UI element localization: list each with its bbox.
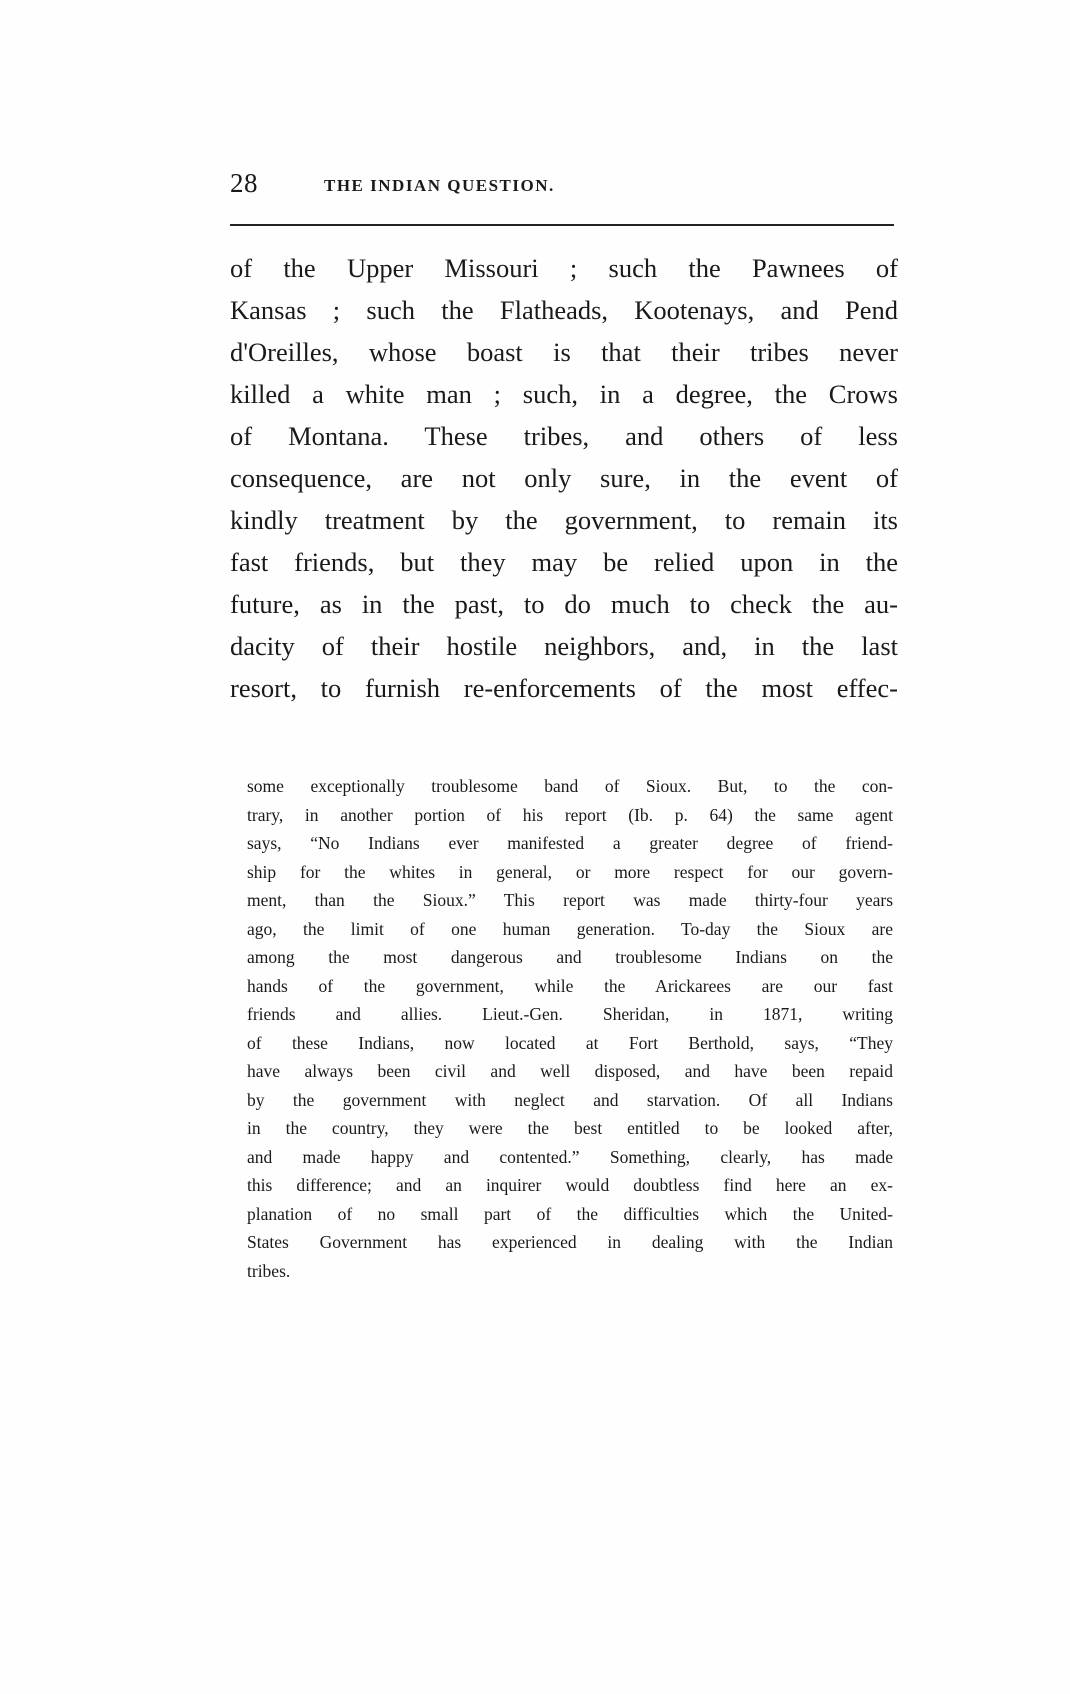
book-page: 28 THE INDIAN QUESTION. of the Upper Mis… xyxy=(0,0,1070,1694)
footnote-line: trary, in another portion of his report … xyxy=(247,801,893,830)
text-line: fast friends, but they may be relied upo… xyxy=(230,541,898,583)
footnote-line: hands of the government, while the Arick… xyxy=(247,972,893,1001)
text-line: consequence, are not only sure, in the e… xyxy=(230,457,898,499)
footnote-line: by the government with neglect and starv… xyxy=(247,1086,893,1115)
header-rule xyxy=(230,224,894,226)
text-line: of Montana. These tribes, and others of … xyxy=(230,415,898,457)
footnote-line: ago, the limit of one human generation. … xyxy=(247,915,893,944)
text-line: future, as in the past, to do much to ch… xyxy=(230,583,898,625)
text-line: dacity of their hostile neighbors, and, … xyxy=(230,625,898,667)
text-line: resort, to furnish re-enforcements of th… xyxy=(230,667,898,709)
main-text: of the Upper Missouri ; such the Pawnees… xyxy=(230,247,898,709)
page-number: 28 xyxy=(230,168,258,199)
page-header: 28 THE INDIAN QUESTION. xyxy=(230,168,896,208)
footnote-line: this difference; and an inquirer would d… xyxy=(247,1171,893,1200)
footnote-line: some exceptionally troublesome band of S… xyxy=(247,772,893,801)
footnote-line: and made happy and contented.” Something… xyxy=(247,1143,893,1172)
footnote-line: tribes. xyxy=(247,1257,893,1286)
text-line: d'Oreilles, whose boast is that their tr… xyxy=(230,331,898,373)
footnote-line: States Government has experienced in dea… xyxy=(247,1228,893,1257)
footnote-line: of these Indians, now located at Fort Be… xyxy=(247,1029,893,1058)
footnote-line: in the country, they were the best entit… xyxy=(247,1114,893,1143)
footnote-line: ment, than the Sioux.” This report was m… xyxy=(247,886,893,915)
text-line: Kansas ; such the Flatheads, Kootenays, … xyxy=(230,289,898,331)
footnote: some exceptionally troublesome band of S… xyxy=(247,772,893,1285)
footnote-line: have always been civil and well disposed… xyxy=(247,1057,893,1086)
footnote-line: friends and allies. Lieut.-Gen. Sheridan… xyxy=(247,1000,893,1029)
text-line: of the Upper Missouri ; such the Pawnees… xyxy=(230,247,898,289)
footnote-line: says, “No Indians ever manifested a grea… xyxy=(247,829,893,858)
text-line: kindly treatment by the government, to r… xyxy=(230,499,898,541)
text-line: killed a white man ; such, in a degree, … xyxy=(230,373,898,415)
footnote-line: ship for the whites in general, or more … xyxy=(247,858,893,887)
footnote-line: planation of no small part of the diffic… xyxy=(247,1200,893,1229)
running-head: THE INDIAN QUESTION. xyxy=(324,176,555,196)
footnote-line: among the most dangerous and troublesome… xyxy=(247,943,893,972)
